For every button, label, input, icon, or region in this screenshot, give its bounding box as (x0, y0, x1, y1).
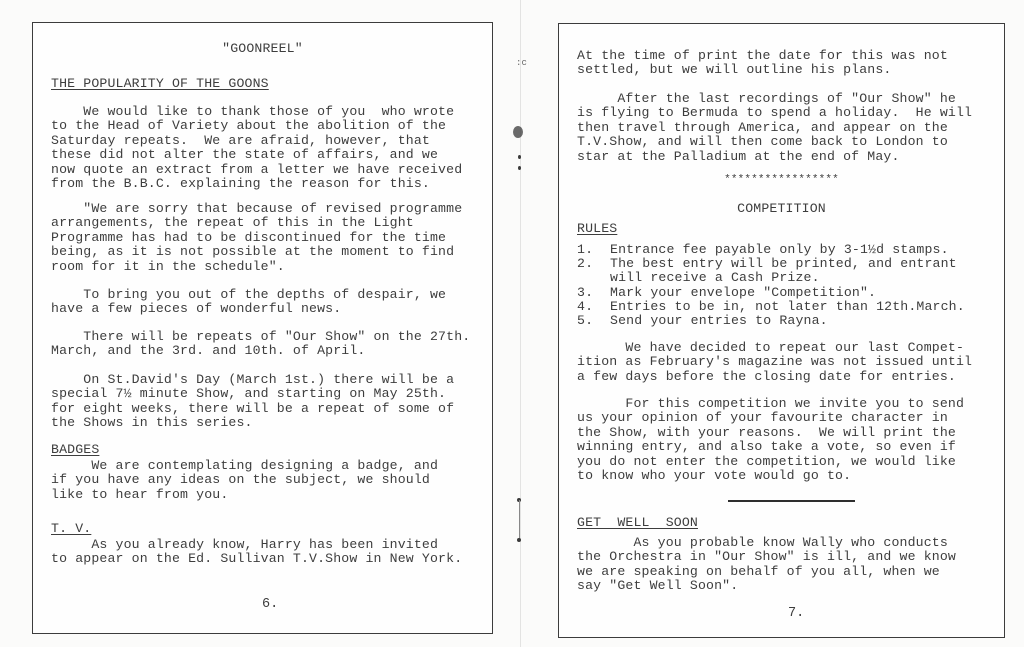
section-heading-tv: T. V. (51, 522, 91, 536)
paragraph: After the last recordings of "Our Show" … (577, 92, 972, 164)
binding-dot-mark (518, 166, 521, 170)
center-fold (520, 0, 521, 647)
binding-dot-mark (518, 155, 521, 159)
asterisk-separator: ***************** (558, 173, 1005, 187)
paragraph: For this competition we invite you to se… (577, 397, 964, 483)
horizontal-rule (728, 500, 855, 502)
rule-number: 5. (577, 314, 593, 328)
section-heading-popularity: THE POPULARITY OF THE GOONS (51, 77, 269, 91)
rules-heading: RULES (577, 222, 617, 236)
staple-mark (519, 500, 520, 540)
competition-title: COMPETITION (558, 202, 1005, 216)
paragraph: We have decided to repeat our last Compe… (577, 341, 972, 384)
paragraph: We are contemplating designing a badge, … (51, 459, 438, 502)
rule-text: The best entry will be printed, and entr… (610, 257, 957, 286)
section-heading-badges: BADGES (51, 443, 99, 457)
rule-number: 2. (577, 257, 593, 271)
rule-text: Send your entries to Rayna. (610, 314, 828, 328)
paragraph: We would like to thank those of you who … (51, 105, 462, 191)
paragraph: There will be repeats of "Our Show" on t… (51, 330, 470, 359)
paragraph: At the time of print the date for this w… (577, 49, 948, 78)
page-number: 6. (262, 597, 278, 612)
newsletter-title: "GOONREEL" (32, 42, 493, 56)
section-heading-get-well-soon: GET WELL SOON (577, 516, 698, 530)
staple-mark-bottom (517, 538, 521, 542)
paragraph: To bring you out of the depths of despai… (51, 288, 446, 317)
paragraph: As you already know, Harry has been invi… (51, 538, 462, 567)
paragraph: As you probable know Wally who conducts … (577, 536, 956, 594)
paragraph: On St.David's Day (March 1st.) there wil… (51, 373, 454, 431)
binding-hole-mark (513, 126, 523, 138)
paragraph-bbc-quote: "We are sorry that because of revised pr… (51, 202, 462, 274)
fold-annotation: :c (516, 58, 527, 68)
page-number: 7. (788, 606, 804, 621)
